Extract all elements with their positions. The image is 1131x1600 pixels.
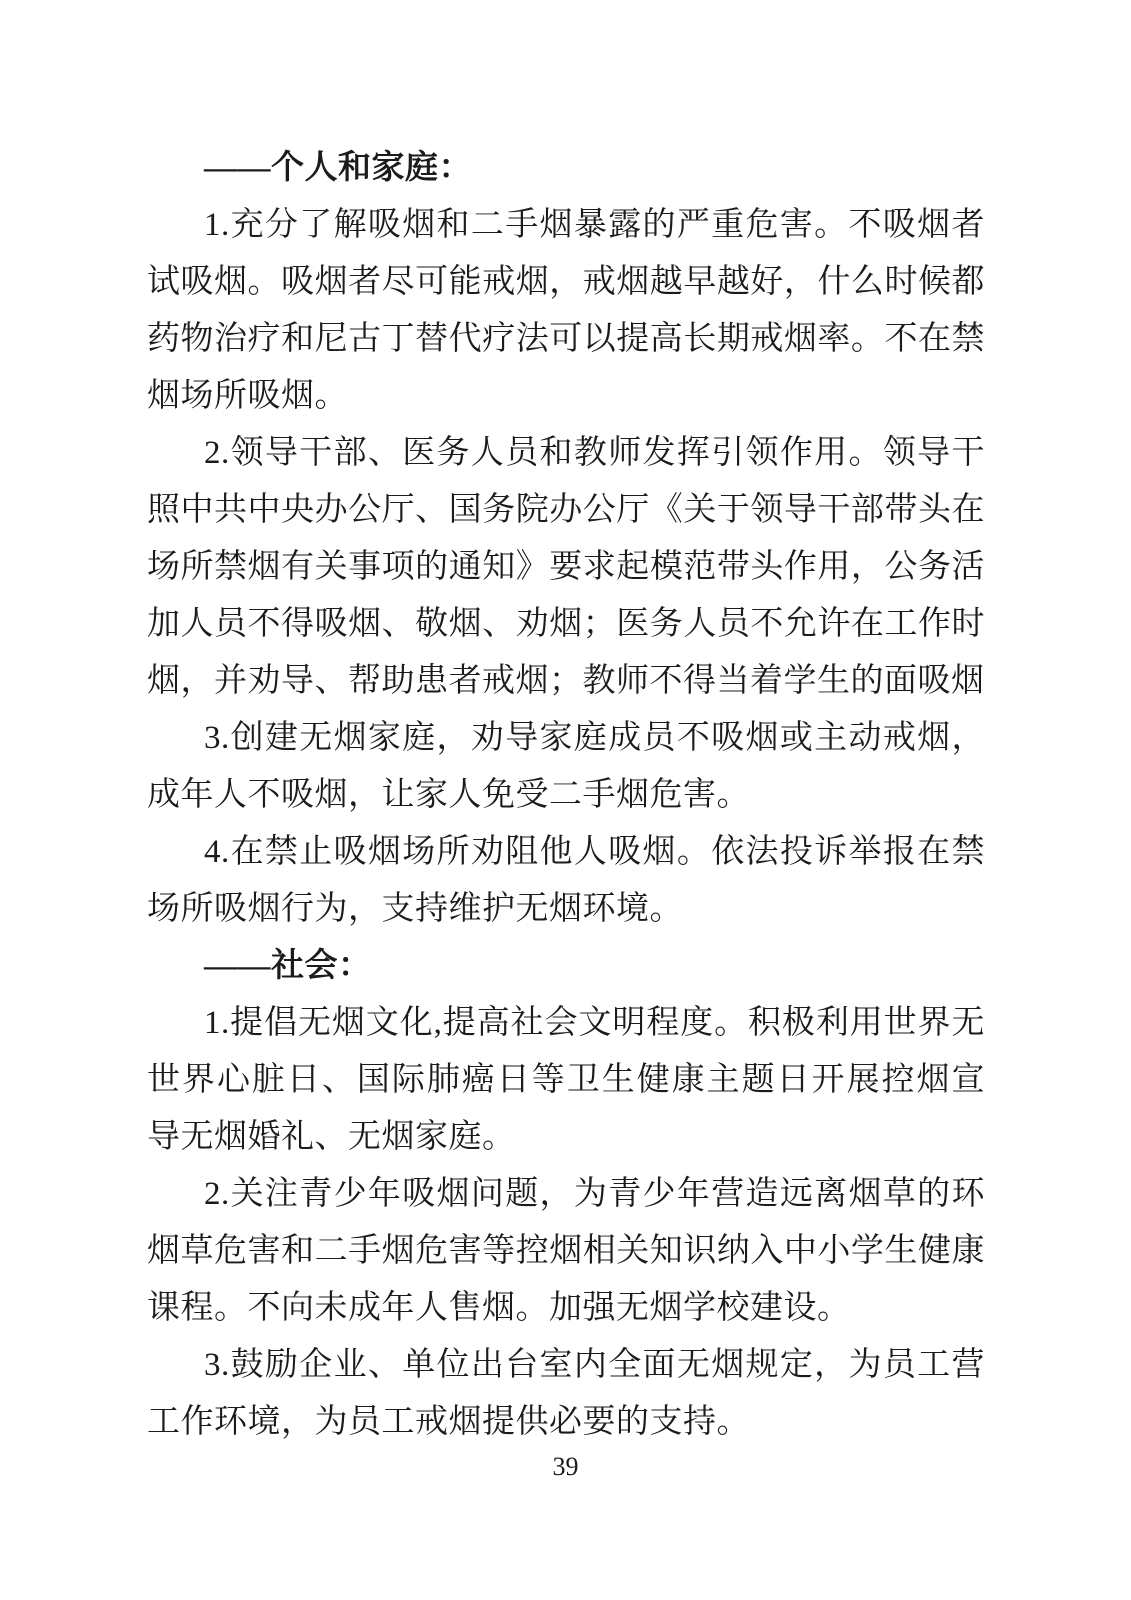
document-body: ——个人和家庭： 1.充分了解吸烟和二手烟暴露的严重危害。不吸烟者不去尝 试吸烟… — [147, 140, 985, 1451]
text-line: 烟，并劝导、帮助患者戒烟；教师不得当着学生的面吸烟。 — [147, 653, 985, 710]
text-line: 2.领导干部、医务人员和教师发挥引领作用。领导干部要按 — [147, 425, 985, 482]
text-line: 烟场所吸烟。 — [147, 368, 985, 425]
text-line: 3.创建无烟家庭，劝导家庭成员不吸烟或主动戒烟，教育未 — [147, 710, 985, 767]
text-line: 导无烟婚礼、无烟家庭。 — [147, 1109, 985, 1166]
paragraph-society-3: 3.鼓励企业、单位出台室内全面无烟规定，为员工营造无烟 工作环境，为员工戒烟提供… — [147, 1337, 985, 1451]
text-line: 场所禁烟有关事项的通知》要求起模范带头作用，公务活动参 — [147, 539, 985, 596]
text-line: 4.在禁止吸烟场所劝阻他人吸烟。依法投诉举报在禁止吸烟 — [147, 824, 985, 881]
text-line: 烟草危害和二手烟危害等控烟相关知识纳入中小学生健康教育 — [147, 1223, 985, 1280]
document-page: ——个人和家庭： 1.充分了解吸烟和二手烟暴露的严重危害。不吸烟者不去尝 试吸烟… — [0, 0, 1131, 1600]
text-line: 1.充分了解吸烟和二手烟暴露的严重危害。不吸烟者不去尝 — [147, 197, 985, 254]
text-line: 照中共中央办公厅、国务院办公厅《关于领导干部带头在公共 — [147, 482, 985, 539]
text-line: 加人员不得吸烟、敬烟、劝烟；医务人员不允许在工作时间吸 — [147, 596, 985, 653]
section-heading-society: ——社会： — [147, 938, 985, 995]
text-line: 3.鼓励企业、单位出台室内全面无烟规定，为员工营造无烟 — [147, 1337, 985, 1394]
text-line: 药物治疗和尼古丁替代疗法可以提高长期戒烟率。不在禁止吸 — [147, 311, 985, 368]
text-line: 成年人不吸烟，让家人免受二手烟危害。 — [147, 767, 985, 824]
paragraph-society-2: 2.关注青少年吸烟问题，为青少年营造远离烟草的环境。将 烟草危害和二手烟危害等控… — [147, 1166, 985, 1337]
text-line: 课程。不向未成年人售烟。加强无烟学校建设。 — [147, 1280, 985, 1337]
text-line: 场所吸烟行为，支持维护无烟环境。 — [147, 881, 985, 938]
paragraph-society-1: 1.提倡无烟文化,提高社会文明程度。积极利用世界无烟日、 世界心脏日、国际肺癌日… — [147, 995, 985, 1166]
page-number: 39 — [0, 1452, 1131, 1482]
paragraph-individual-1: 1.充分了解吸烟和二手烟暴露的严重危害。不吸烟者不去尝 试吸烟。吸烟者尽可能戒烟… — [147, 197, 985, 425]
paragraph-individual-3: 3.创建无烟家庭，劝导家庭成员不吸烟或主动戒烟，教育未 成年人不吸烟，让家人免受… — [147, 710, 985, 824]
text-line: 试吸烟。吸烟者尽可能戒烟，戒烟越早越好，什么时候都不晚， — [147, 254, 985, 311]
paragraph-individual-4: 4.在禁止吸烟场所劝阻他人吸烟。依法投诉举报在禁止吸烟 场所吸烟行为，支持维护无… — [147, 824, 985, 938]
text-line: 2.关注青少年吸烟问题，为青少年营造远离烟草的环境。将 — [147, 1166, 985, 1223]
paragraph-individual-2: 2.领导干部、医务人员和教师发挥引领作用。领导干部要按 照中共中央办公厅、国务院… — [147, 425, 985, 710]
text-line: 世界心脏日、国际肺癌日等卫生健康主题日开展控烟宣传；倡 — [147, 1052, 985, 1109]
text-line: 工作环境，为员工戒烟提供必要的支持。 — [147, 1394, 985, 1451]
text-line: 1.提倡无烟文化,提高社会文明程度。积极利用世界无烟日、 — [147, 995, 985, 1052]
section-heading-individual-family: ——个人和家庭： — [147, 140, 985, 197]
